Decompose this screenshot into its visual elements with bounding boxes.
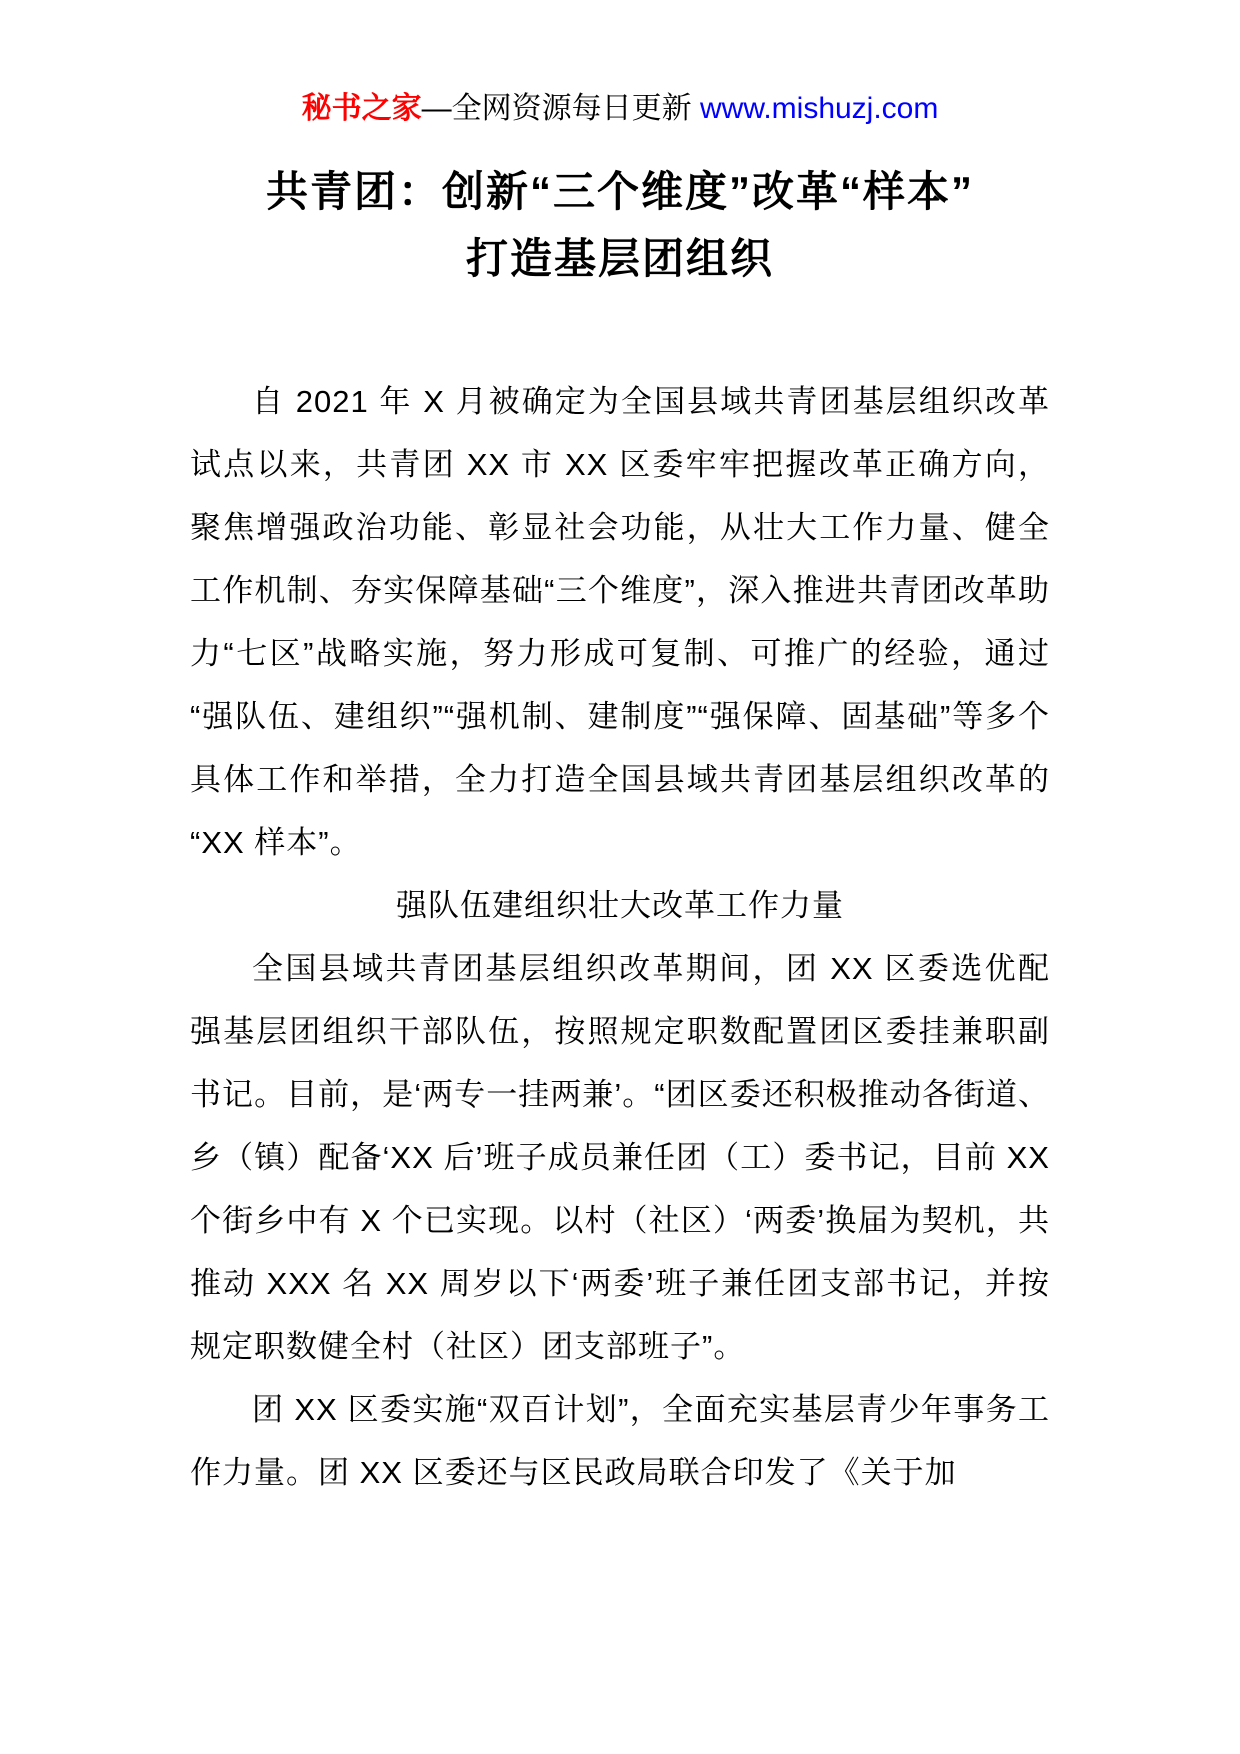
site-tagline: —全网资源每日更新 [422, 92, 700, 125]
document-title: 共青团：创新“三个维度”改革“样本” 打造基层团组织 [190, 158, 1050, 292]
document-title-line1: 共青团：创新“三个维度”改革“样本” [266, 168, 974, 215]
site-header: 秘书之家—全网资源每日更新 www.mishuzj.com [190, 88, 1050, 130]
paragraph-last-truncated: 团 XX 区委实施“双百计划”，全面充实基层青少年事务工作力量。团 XX 区委还… [190, 1378, 1050, 1504]
paragraph-section-body: 全国县域共青团基层组织改革期间，团 XX 区委选优配强基层团组织干部队伍，按照规… [190, 937, 1050, 1378]
document-title-line2: 打造基层团组织 [466, 235, 774, 282]
section-subheading: 强队伍建组织壮大改革工作力量 [190, 874, 1050, 937]
document-page: 秘书之家—全网资源每日更新 www.mishuzj.com 共青团：创新“三个维… [0, 0, 1240, 1754]
paragraph-intro: 自 2021 年 X 月被确定为全国县域共青团基层组织改革试点以来，共青团 XX… [190, 370, 1050, 874]
site-brand: 秘书之家 [302, 92, 422, 125]
site-url-link[interactable]: www.mishuzj.com [700, 92, 938, 125]
